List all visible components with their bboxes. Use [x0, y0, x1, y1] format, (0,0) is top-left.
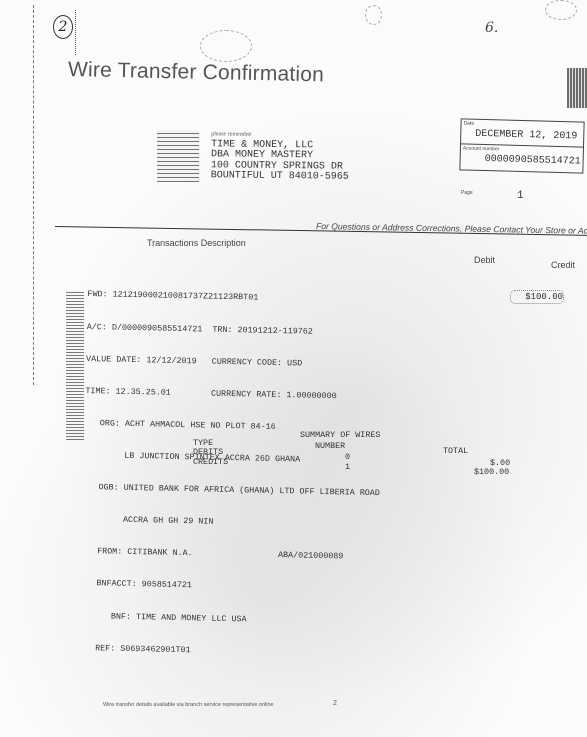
page-label: Page — [461, 190, 473, 196]
transaction-line: REF: S0693462901T01 — [80, 643, 377, 660]
faint-stamp — [545, 0, 577, 20]
faint-stamp — [365, 5, 382, 25]
footer-page-number: 2 — [333, 700, 337, 707]
column-header-debit: Debit — [474, 255, 495, 265]
account-label: Account number — [463, 145, 500, 152]
circled-page-number: 2 — [53, 15, 73, 39]
transaction-line: TIME: 12.35.25.01 CURRENCY RATE: 1.00000… — [85, 386, 382, 403]
summary-row-total: $100.00 — [474, 467, 509, 477]
date-value: DECEMBER 12, 2019 — [475, 129, 577, 143]
transaction-line: LB JUNCTION SPINTEX ACCRA 26D GHANA — [84, 450, 381, 467]
handwritten-corner-mark: 6. — [485, 20, 498, 36]
summary-title: SUMMARY OF WIRES — [300, 430, 380, 440]
credit-amount: $100.00 — [510, 290, 564, 304]
transaction-line: BNFACCT: 9058514721 — [81, 578, 378, 595]
transaction-line: FROM: CITIBANK N.A. ABA/021000089 — [82, 546, 379, 563]
binding-margin-line — [33, 5, 34, 385]
faint-stamp — [200, 30, 252, 62]
summary-row-number: 1 — [345, 462, 350, 472]
summary-col-total: TOTAL — [443, 446, 468, 456]
date-account-box: Date DECEMBER 12, 2019 Account number 00… — [459, 118, 584, 173]
account-number: 0000090585514721 — [484, 154, 580, 168]
transaction-line: ACCRA GH GH 29 NIN — [83, 514, 380, 531]
qr-code-icon — [567, 68, 587, 108]
summary-row-type: CREDITS — [193, 457, 228, 467]
summary-row-number: 0 — [345, 452, 350, 462]
summary-row-type: DEBITS — [193, 447, 223, 457]
column-header-credit: Credit — [551, 260, 575, 270]
transaction-details: FWD: 121219000210081737Z21123RBT01 A/C: … — [80, 268, 385, 670]
date-label: Date — [463, 120, 474, 126]
transaction-line: BNF: TIME AND MONEY LLC USA — [81, 610, 378, 627]
transaction-line: A/C: D/0000090585514721 TRN: 20191212-11… — [87, 322, 384, 339]
page-number: 1 — [517, 190, 524, 202]
summary-col-number: NUMBER — [315, 441, 345, 451]
transaction-line: OGB: UNITED BANK FOR AFRICA (GHANA) LTD … — [83, 482, 380, 499]
addressee-line: BOUNTIFUL UT 84010-5965 — [211, 171, 349, 183]
side-barcode-icon — [66, 290, 84, 440]
column-header-description: Transactions Description — [147, 238, 246, 248]
transaction-line: FWD: 121219000210081737Z21123RBT01 — [87, 289, 384, 306]
margin-mark — [75, 10, 76, 55]
barcode-icon — [157, 130, 199, 182]
document-title: Wire Transfer Confirmation — [68, 58, 325, 87]
addressee-block: please remember TIME & MONEY, LLC DBA MO… — [211, 129, 350, 183]
transaction-line: VALUE DATE: 12/12/2019 CURRENCY CODE: US… — [86, 354, 383, 371]
footer-note: Wire transfer details available via bran… — [103, 702, 274, 708]
